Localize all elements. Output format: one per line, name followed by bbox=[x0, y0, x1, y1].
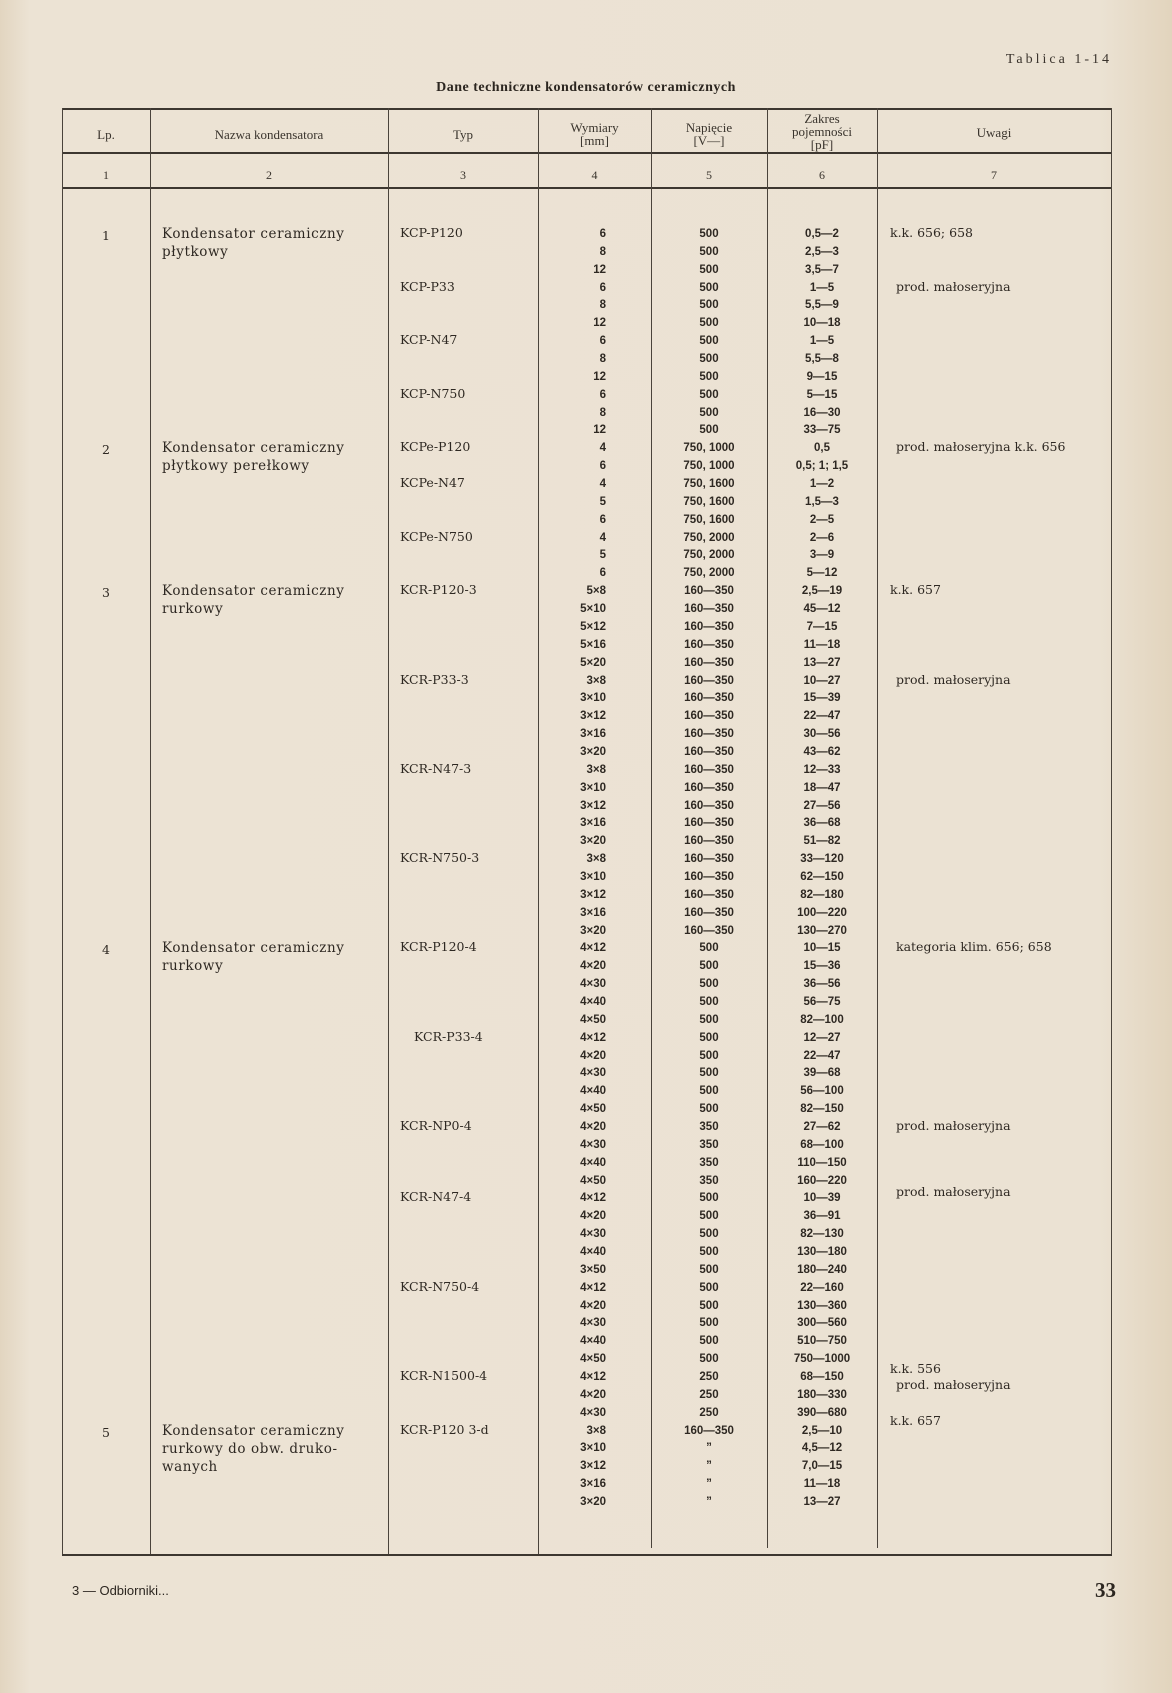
capacitance-cell: 82—150 bbox=[767, 1102, 877, 1116]
type-cell: KCPe-N47 bbox=[400, 476, 465, 490]
lp-cell: 2 bbox=[62, 443, 150, 457]
capacitance-cell: 130—180 bbox=[767, 1245, 877, 1259]
capacitance-cell: 68—150 bbox=[767, 1370, 877, 1384]
dimension-cell: 3×10 bbox=[538, 691, 606, 705]
dimension-cell: 8 bbox=[538, 352, 606, 366]
capacitance-cell: 22—160 bbox=[767, 1281, 877, 1295]
voltage-cell: 500 bbox=[651, 298, 767, 312]
dimension-cell: 4×30 bbox=[538, 1066, 606, 1080]
dimension-cell: 5×16 bbox=[538, 638, 606, 652]
voltage-cell: 350 bbox=[651, 1138, 767, 1152]
dimension-cell: 12 bbox=[538, 316, 606, 330]
dimension-cell: 3×10 bbox=[538, 1441, 606, 1455]
voltage-cell: 750, 1600 bbox=[651, 477, 767, 491]
capacitance-cell: 36—91 bbox=[767, 1209, 877, 1223]
header-zakres-unit: [pF] bbox=[767, 138, 877, 151]
capacitance-cell: 62—150 bbox=[767, 870, 877, 884]
voltage-cell: 160—350 bbox=[651, 834, 767, 848]
voltage-cell: 160—350 bbox=[651, 656, 767, 670]
capacitance-cell: 27—62 bbox=[767, 1120, 877, 1134]
capacitance-cell: 15—39 bbox=[767, 691, 877, 705]
dimension-cell: 3×8 bbox=[538, 852, 606, 866]
dimension-cell: 4×20 bbox=[538, 1120, 606, 1134]
type-cell: KCR-P33-3 bbox=[400, 673, 469, 687]
dimension-cell: 12 bbox=[538, 423, 606, 437]
note-cell: prod. małoseryjna bbox=[896, 280, 1011, 294]
dimension-cell: 4 bbox=[538, 477, 606, 491]
capacitance-cell: 1—5 bbox=[767, 281, 877, 295]
voltage-cell: 160—350 bbox=[651, 727, 767, 741]
page-number: 33 bbox=[1095, 1578, 1116, 1603]
footer-book-title: 3 — Odbiorniki... bbox=[72, 1583, 169, 1598]
voltage-cell: 500 bbox=[651, 1013, 767, 1027]
dimension-cell: 8 bbox=[538, 245, 606, 259]
capacitance-cell: 2,5—19 bbox=[767, 584, 877, 598]
voltage-cell: 500 bbox=[651, 227, 767, 241]
capacitance-cell: 1,5—3 bbox=[767, 495, 877, 509]
capacitance-cell: 0,5; 1; 1,5 bbox=[767, 459, 877, 473]
note-cell: prod. małoseryjna k.k. 656 bbox=[896, 440, 1065, 454]
type-cell: KCR-P33-4 bbox=[414, 1030, 483, 1044]
capacitance-cell: 27—56 bbox=[767, 799, 877, 813]
type-cell: KCP-N47 bbox=[400, 333, 457, 347]
capacitance-cell: 43—62 bbox=[767, 745, 877, 759]
type-cell: KCPe-N750 bbox=[400, 530, 473, 544]
capacitance-cell: 13—27 bbox=[767, 656, 877, 670]
dimension-cell: 3×12 bbox=[538, 1459, 606, 1473]
type-cell: KCR-N750-4 bbox=[400, 1280, 479, 1294]
capacitance-cell: 5—12 bbox=[767, 566, 877, 580]
dimension-cell: 4×20 bbox=[538, 1049, 606, 1063]
column-number-rule bbox=[62, 187, 1112, 189]
capacitor-name-cell: Kondensator ceramiczny płytkowy bbox=[162, 225, 362, 261]
capacitance-cell: 13—27 bbox=[767, 1495, 877, 1509]
voltage-cell: 160—350 bbox=[651, 781, 767, 795]
dimension-cell: 3×8 bbox=[538, 763, 606, 777]
voltage-cell: 500 bbox=[651, 352, 767, 366]
dimension-cell: 3×20 bbox=[538, 924, 606, 938]
dimension-cell: 5×10 bbox=[538, 602, 606, 616]
capacitance-cell: 7—15 bbox=[767, 620, 877, 634]
capacitance-cell: 9—15 bbox=[767, 370, 877, 384]
page-title: Dane techniczne kondensatorów ceramiczny… bbox=[0, 80, 1172, 96]
dimension-cell: 5×20 bbox=[538, 656, 606, 670]
voltage-cell: 160—350 bbox=[651, 602, 767, 616]
dimension-cell: 5 bbox=[538, 548, 606, 562]
dimension-cell: 6 bbox=[538, 334, 606, 348]
header-napiecie: Napięcie [V—] bbox=[651, 121, 767, 147]
voltage-cell: 500 bbox=[651, 1245, 767, 1259]
capacitor-name-cell: Kondensator ceramiczny rurkowy do obw. d… bbox=[162, 1422, 362, 1476]
note-cell: prod. małoseryjna bbox=[896, 1185, 1011, 1199]
dimension-cell: 4×40 bbox=[538, 1084, 606, 1098]
dimension-cell: 4×30 bbox=[538, 977, 606, 991]
voltage-cell: 350 bbox=[651, 1156, 767, 1170]
dimension-cell: 5 bbox=[538, 495, 606, 509]
capacitance-cell: 300—560 bbox=[767, 1316, 877, 1330]
capacitance-cell: 130—270 bbox=[767, 924, 877, 938]
voltage-cell: 500 bbox=[651, 1352, 767, 1366]
capacitance-cell: 22—47 bbox=[767, 709, 877, 723]
voltage-cell: 500 bbox=[651, 1299, 767, 1313]
capacitance-cell: 1—2 bbox=[767, 477, 877, 491]
dimension-cell: 4×50 bbox=[538, 1013, 606, 1027]
dimension-cell: 4×30 bbox=[538, 1138, 606, 1152]
dimension-cell: 3×16 bbox=[538, 727, 606, 741]
header-wymiary-unit: [mm] bbox=[538, 134, 651, 147]
capacitance-cell: 22—47 bbox=[767, 1049, 877, 1063]
capacitance-cell: 11—18 bbox=[767, 1477, 877, 1491]
header-uwagi: Uwagi bbox=[877, 126, 1111, 139]
capacitance-cell: 10—18 bbox=[767, 316, 877, 330]
capacitance-cell: 82—100 bbox=[767, 1013, 877, 1027]
dimension-cell: 6 bbox=[538, 281, 606, 295]
voltage-cell: 750, 1600 bbox=[651, 513, 767, 527]
voltage-cell: 350 bbox=[651, 1174, 767, 1188]
voltage-cell: 160—350 bbox=[651, 691, 767, 705]
capacitor-name-cell: Kondensator ceramiczny płytkowy perełkow… bbox=[162, 439, 362, 475]
capacitance-cell: 68—100 bbox=[767, 1138, 877, 1152]
dimension-cell: 8 bbox=[538, 406, 606, 420]
column-divider bbox=[150, 108, 151, 1554]
capacitance-cell: 36—68 bbox=[767, 816, 877, 830]
dimension-cell: 12 bbox=[538, 263, 606, 277]
voltage-cell: 500 bbox=[651, 316, 767, 330]
voltage-cell: 500 bbox=[651, 995, 767, 1009]
dimension-cell: 4×40 bbox=[538, 1156, 606, 1170]
voltage-cell: 500 bbox=[651, 941, 767, 955]
capacitance-cell: 3,5—7 bbox=[767, 263, 877, 277]
voltage-cell: 500 bbox=[651, 245, 767, 259]
dimension-cell: 4×12 bbox=[538, 941, 606, 955]
dimension-cell: 4×50 bbox=[538, 1174, 606, 1188]
voltage-cell: 500 bbox=[651, 281, 767, 295]
capacitor-name-cell: Kondensator ceramiczny rurkowy bbox=[162, 582, 362, 618]
capacitance-cell: 2,5—10 bbox=[767, 1424, 877, 1438]
dimension-cell: 4×20 bbox=[538, 959, 606, 973]
dimension-cell: 4×30 bbox=[538, 1406, 606, 1420]
table-top-rule bbox=[62, 108, 1112, 110]
voltage-cell: 160—350 bbox=[651, 888, 767, 902]
dimension-cell: 4×20 bbox=[538, 1209, 606, 1223]
voltage-cell: 160—350 bbox=[651, 584, 767, 598]
column-number: 3 bbox=[388, 169, 538, 182]
voltage-cell: 500 bbox=[651, 1316, 767, 1330]
dimension-cell: 3×20 bbox=[538, 834, 606, 848]
dimension-cell: 4×12 bbox=[538, 1281, 606, 1295]
capacitance-cell: 160—220 bbox=[767, 1174, 877, 1188]
capacitance-cell: 33—120 bbox=[767, 852, 877, 866]
column-divider bbox=[877, 108, 878, 1548]
capacitance-cell: 82—130 bbox=[767, 1227, 877, 1241]
type-cell: KCR-N1500-4 bbox=[400, 1369, 487, 1383]
capacitance-cell: 180—330 bbox=[767, 1388, 877, 1402]
dimension-cell: 3×20 bbox=[538, 1495, 606, 1509]
header-name: Nazwa kondensatora bbox=[150, 128, 388, 141]
type-cell: KCPe-P120 bbox=[400, 440, 470, 454]
voltage-cell: 160—350 bbox=[651, 638, 767, 652]
note-cell: prod. małoseryjna bbox=[896, 1378, 1011, 1392]
capacitance-cell: 2—5 bbox=[767, 513, 877, 527]
voltage-cell: 500 bbox=[651, 406, 767, 420]
dimension-cell: 5×8 bbox=[538, 584, 606, 598]
column-number: 4 bbox=[538, 169, 651, 182]
dimension-cell: 3×16 bbox=[538, 1477, 606, 1491]
table-label: Tablica 1-14 bbox=[1006, 52, 1112, 68]
type-cell: KCP-P120 bbox=[400, 226, 463, 240]
note-cell: k.k. 656; 658 bbox=[890, 226, 973, 240]
dimension-cell: 3×8 bbox=[538, 674, 606, 688]
header-wymiary: Wymiary [mm] bbox=[538, 121, 651, 147]
dimension-cell: 4×12 bbox=[538, 1370, 606, 1384]
column-divider bbox=[388, 108, 389, 1554]
lp-cell: 5 bbox=[62, 1426, 150, 1440]
voltage-cell: 750, 2000 bbox=[651, 566, 767, 580]
type-cell: KCR-P120 3-d bbox=[400, 1423, 489, 1437]
capacitance-cell: 39—68 bbox=[767, 1066, 877, 1080]
capacitance-cell: 51—82 bbox=[767, 834, 877, 848]
capacitance-cell: 750—1000 bbox=[767, 1352, 877, 1366]
note-cell: k.k. 657 bbox=[890, 583, 941, 597]
dimension-cell: 12 bbox=[538, 370, 606, 384]
voltage-cell: 250 bbox=[651, 1406, 767, 1420]
voltage-cell: 500 bbox=[651, 1209, 767, 1223]
capacitor-name-cell: Kondensator ceramiczny rurkowy bbox=[162, 939, 362, 975]
dimension-cell: 4×50 bbox=[538, 1352, 606, 1366]
capacitance-cell: 130—360 bbox=[767, 1299, 877, 1313]
voltage-cell: 500 bbox=[651, 1281, 767, 1295]
voltage-cell: ” bbox=[651, 1459, 767, 1473]
voltage-cell: 160—350 bbox=[651, 709, 767, 723]
capacitance-cell: 10—27 bbox=[767, 674, 877, 688]
note-cell: prod. małoseryjna bbox=[896, 673, 1011, 687]
voltage-cell: 750, 1600 bbox=[651, 495, 767, 509]
voltage-cell: 160—350 bbox=[651, 745, 767, 759]
table-bottom-rule bbox=[62, 1554, 1112, 1556]
dimension-cell: 6 bbox=[538, 566, 606, 580]
capacitance-cell: 30—56 bbox=[767, 727, 877, 741]
voltage-cell: 160—350 bbox=[651, 674, 767, 688]
capacitance-cell: 390—680 bbox=[767, 1406, 877, 1420]
header-typ: Typ bbox=[388, 128, 538, 141]
column-number: 7 bbox=[877, 169, 1111, 182]
voltage-cell: 500 bbox=[651, 1191, 767, 1205]
voltage-cell: 500 bbox=[651, 1102, 767, 1116]
voltage-cell: 160—350 bbox=[651, 924, 767, 938]
type-cell: KCR-N47-3 bbox=[400, 762, 471, 776]
dimension-cell: 6 bbox=[538, 459, 606, 473]
dimension-cell: 4 bbox=[538, 531, 606, 545]
lp-cell: 4 bbox=[62, 943, 150, 957]
capacitance-cell: 180—240 bbox=[767, 1263, 877, 1277]
dimension-cell: 3×10 bbox=[538, 870, 606, 884]
column-divider bbox=[62, 108, 63, 1554]
dimension-cell: 4×40 bbox=[538, 1245, 606, 1259]
column-number: 2 bbox=[150, 169, 388, 182]
voltage-cell: 750, 2000 bbox=[651, 531, 767, 545]
dimension-cell: 3×16 bbox=[538, 816, 606, 830]
capacitance-cell: 11—18 bbox=[767, 638, 877, 652]
capacitance-cell: 2—6 bbox=[767, 531, 877, 545]
header-zakres: Zakres pojemności [pF] bbox=[767, 112, 877, 151]
capacitance-cell: 16—30 bbox=[767, 406, 877, 420]
voltage-cell: 500 bbox=[651, 1066, 767, 1080]
voltage-cell: 350 bbox=[651, 1120, 767, 1134]
capacitance-cell: 36—56 bbox=[767, 977, 877, 991]
header-rule bbox=[62, 152, 1112, 154]
capacitance-cell: 1—5 bbox=[767, 334, 877, 348]
header-lp: Lp. bbox=[62, 128, 150, 141]
voltage-cell: 500 bbox=[651, 1084, 767, 1098]
voltage-cell: 500 bbox=[651, 959, 767, 973]
dimension-cell: 4×30 bbox=[538, 1316, 606, 1330]
voltage-cell: ” bbox=[651, 1495, 767, 1509]
capacitance-cell: 12—27 bbox=[767, 1031, 877, 1045]
voltage-cell: 500 bbox=[651, 423, 767, 437]
dimension-cell: 4×50 bbox=[538, 1102, 606, 1116]
capacitance-cell: 10—39 bbox=[767, 1191, 877, 1205]
dimension-cell: 4×30 bbox=[538, 1227, 606, 1241]
dimension-cell: 3×8 bbox=[538, 1424, 606, 1438]
dimension-cell: 3×12 bbox=[538, 888, 606, 902]
type-cell: KCR-NP0-4 bbox=[400, 1119, 472, 1133]
voltage-cell: 500 bbox=[651, 370, 767, 384]
voltage-cell: 250 bbox=[651, 1370, 767, 1384]
capacitance-cell: 7,0—15 bbox=[767, 1459, 877, 1473]
note-cell: k.k. 556 bbox=[890, 1362, 941, 1376]
voltage-cell: 160—350 bbox=[651, 870, 767, 884]
dimension-cell: 3×12 bbox=[538, 799, 606, 813]
type-cell: KCP-P33 bbox=[400, 280, 455, 294]
dimension-cell: 4×40 bbox=[538, 995, 606, 1009]
dimension-cell: 8 bbox=[538, 298, 606, 312]
voltage-cell: 160—350 bbox=[651, 763, 767, 777]
capacitance-cell: 3—9 bbox=[767, 548, 877, 562]
column-number: 6 bbox=[767, 169, 877, 182]
capacitance-cell: 110—150 bbox=[767, 1156, 877, 1170]
dimension-cell: 4×40 bbox=[538, 1334, 606, 1348]
voltage-cell: 160—350 bbox=[651, 852, 767, 866]
voltage-cell: 250 bbox=[651, 1388, 767, 1402]
dimension-cell: 3×10 bbox=[538, 781, 606, 795]
note-cell: kategoria klim. 656; 658 bbox=[896, 940, 1052, 954]
dimension-cell: 6 bbox=[538, 227, 606, 241]
dimension-cell: 4×20 bbox=[538, 1388, 606, 1402]
type-cell: KCR-P120-3 bbox=[400, 583, 477, 597]
capacitance-cell: 33—75 bbox=[767, 423, 877, 437]
voltage-cell: 500 bbox=[651, 263, 767, 277]
type-cell: KCR-N47-4 bbox=[400, 1190, 471, 1204]
capacitance-cell: 2,5—3 bbox=[767, 245, 877, 259]
dimension-cell: 4×12 bbox=[538, 1191, 606, 1205]
capacitance-cell: 5,5—9 bbox=[767, 298, 877, 312]
capacitance-cell: 82—180 bbox=[767, 888, 877, 902]
dimension-cell: 4×20 bbox=[538, 1299, 606, 1313]
voltage-cell: 500 bbox=[651, 1049, 767, 1063]
dimension-cell: 3×16 bbox=[538, 906, 606, 920]
capacitance-cell: 100—220 bbox=[767, 906, 877, 920]
dimension-cell: 3×20 bbox=[538, 745, 606, 759]
dimension-cell: 5×12 bbox=[538, 620, 606, 634]
voltage-cell: 750, 1000 bbox=[651, 459, 767, 473]
voltage-cell: 750, 1000 bbox=[651, 441, 767, 455]
capacitance-cell: 0,5 bbox=[767, 441, 877, 455]
dimension-cell: 6 bbox=[538, 388, 606, 402]
lp-cell: 1 bbox=[62, 229, 150, 243]
voltage-cell: 500 bbox=[651, 1334, 767, 1348]
dimension-cell: 4 bbox=[538, 441, 606, 455]
column-number: 5 bbox=[651, 169, 767, 182]
column-number: 1 bbox=[62, 169, 150, 182]
voltage-cell: 500 bbox=[651, 1031, 767, 1045]
capacitance-cell: 56—100 bbox=[767, 1084, 877, 1098]
voltage-cell: 500 bbox=[651, 977, 767, 991]
voltage-cell: 500 bbox=[651, 1263, 767, 1277]
dimension-cell: 3×50 bbox=[538, 1263, 606, 1277]
voltage-cell: 160—350 bbox=[651, 620, 767, 634]
lp-cell: 3 bbox=[62, 586, 150, 600]
voltage-cell: 160—350 bbox=[651, 799, 767, 813]
capacitance-cell: 510—750 bbox=[767, 1334, 877, 1348]
capacitance-cell: 12—33 bbox=[767, 763, 877, 777]
voltage-cell: 500 bbox=[651, 1227, 767, 1241]
dimension-cell: 6 bbox=[538, 513, 606, 527]
capacitance-cell: 5,5—8 bbox=[767, 352, 877, 366]
capacitance-cell: 18—47 bbox=[767, 781, 877, 795]
capacitance-cell: 4,5—12 bbox=[767, 1441, 877, 1455]
type-cell: KCP-N750 bbox=[400, 387, 465, 401]
header-napiecie-unit: [V—] bbox=[651, 134, 767, 147]
voltage-cell: 750, 2000 bbox=[651, 548, 767, 562]
type-cell: KCR-P120-4 bbox=[400, 940, 477, 954]
voltage-cell: 160—350 bbox=[651, 906, 767, 920]
voltage-cell: ” bbox=[651, 1477, 767, 1491]
dimension-cell: 3×12 bbox=[538, 709, 606, 723]
capacitor-table: Lp. Nazwa kondensatora Typ Wymiary [mm] … bbox=[62, 108, 1112, 1556]
capacitance-cell: 15—36 bbox=[767, 959, 877, 973]
note-cell: prod. małoseryjna bbox=[896, 1119, 1011, 1133]
capacitance-cell: 5—15 bbox=[767, 388, 877, 402]
voltage-cell: 500 bbox=[651, 334, 767, 348]
voltage-cell: 160—350 bbox=[651, 1424, 767, 1438]
type-cell: KCR-N750-3 bbox=[400, 851, 479, 865]
capacitance-cell: 45—12 bbox=[767, 602, 877, 616]
column-divider bbox=[1111, 108, 1112, 1554]
capacitance-cell: 0,5—2 bbox=[767, 227, 877, 241]
voltage-cell: 160—350 bbox=[651, 816, 767, 830]
capacitance-cell: 56—75 bbox=[767, 995, 877, 1009]
note-cell: k.k. 657 bbox=[890, 1414, 941, 1428]
voltage-cell: 500 bbox=[651, 388, 767, 402]
dimension-cell: 4×12 bbox=[538, 1031, 606, 1045]
capacitance-cell: 10—15 bbox=[767, 941, 877, 955]
voltage-cell: ” bbox=[651, 1441, 767, 1455]
